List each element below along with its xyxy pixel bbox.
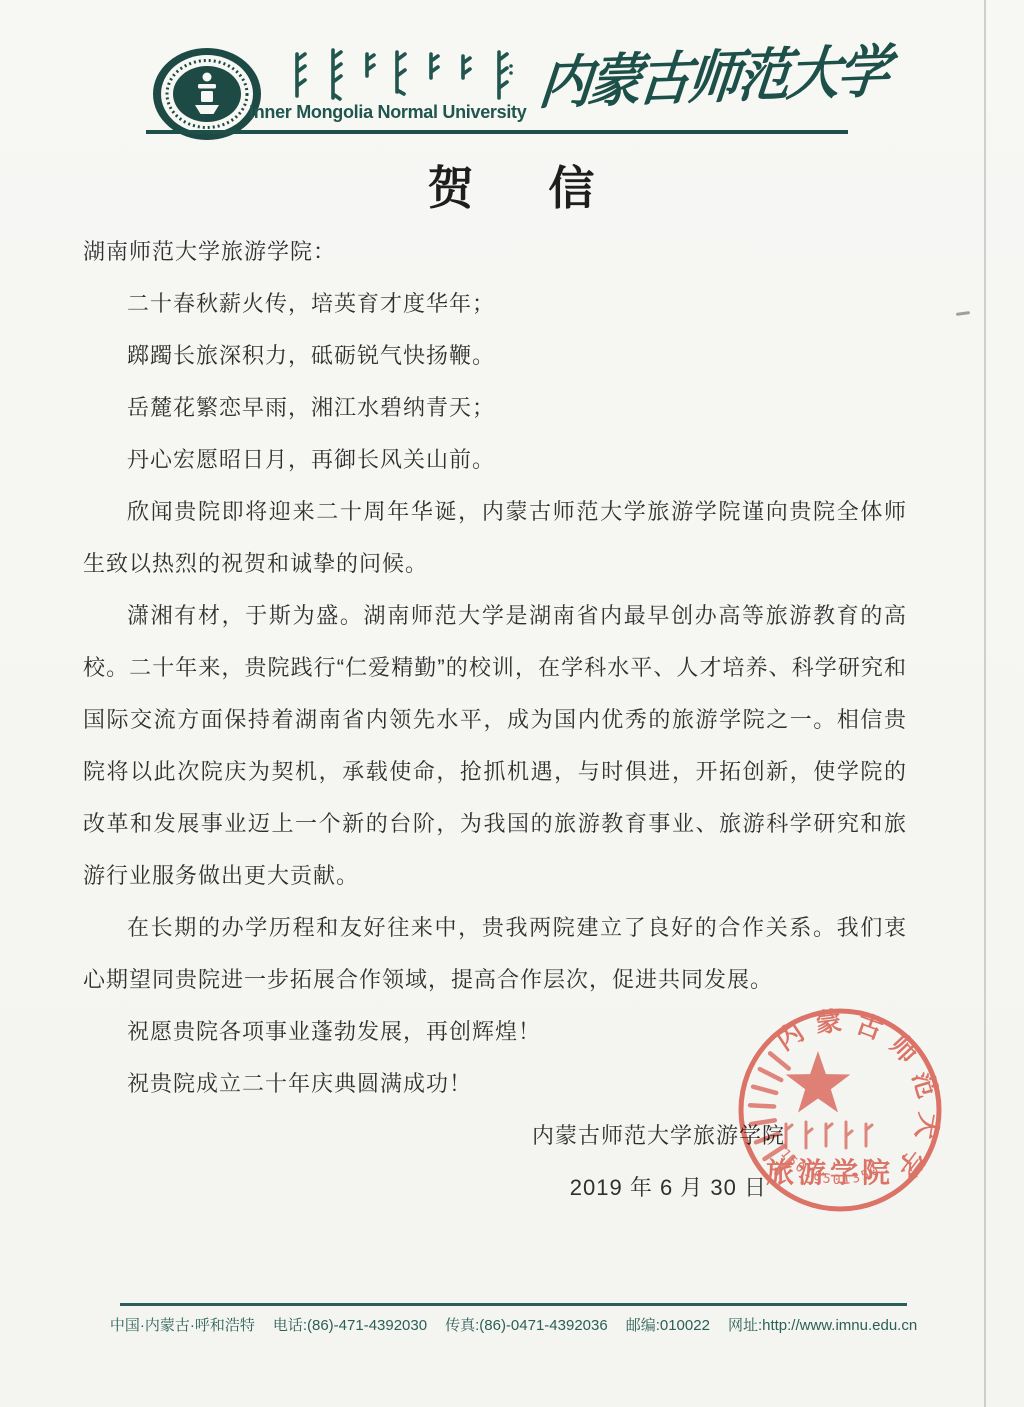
paragraph: 潇湘有材，于斯为盛。湖南师范大学是湖南省内最早创办高等旅游教育的高校。二十年来，… <box>83 590 907 902</box>
letter-body: 湖南师范大学旅游学院： 二十春秋薪火传，培英育才度华年； 踯躅长旅深积力，砥砺锐… <box>83 226 907 1214</box>
letterhead-divider <box>146 130 848 134</box>
signature: 内蒙古师范大学旅游学院 <box>83 1110 907 1162</box>
university-english-name: Inner Mongolia Normal University <box>249 102 549 123</box>
mongolian-script <box>283 46 523 104</box>
wish-line: 祝愿贵院各项事业蓬勃发展，再创辉煌！ <box>83 1006 907 1058</box>
university-calligraphy-name: 内蒙古师范大学 <box>536 28 839 121</box>
poem-line: 丹心宏愿昭日月，再御长风关山前。 <box>83 434 907 486</box>
footer-zipcode: 邮编:010022 <box>626 1314 710 1335</box>
footer-website: 网址:http://www.imnu.edu.cn <box>728 1314 917 1335</box>
footer-divider <box>120 1303 907 1306</box>
letter-title: 贺 信 <box>0 152 1024 218</box>
footer-fax: 传真:(86)-0471-4392036 <box>445 1314 608 1335</box>
paragraph: 在长期的办学历程和友好往来中，贵我两院建立了良好的合作关系。我们衷心期望同贵院进… <box>83 902 907 1006</box>
poem-line: 踯躅长旅深积力，砥砺锐气快扬鞭。 <box>83 330 907 382</box>
footer-location: 中国·内蒙古·呼和浩特 <box>110 1314 255 1335</box>
footer: 中国·内蒙古·呼和浩特 电话:(86)-471-4392030 传真:(86)-… <box>120 1314 907 1335</box>
salutation: 湖南师范大学旅游学院： <box>83 226 907 278</box>
university-logo-icon <box>150 46 264 142</box>
date: 2019 年 6 月 30 日 <box>83 1162 907 1214</box>
wish-line: 祝贵院成立二十年庆典圆满成功！ <box>83 1058 907 1110</box>
footer-phone: 电话:(86)-471-4392030 <box>273 1314 427 1335</box>
scan-edge-line <box>984 0 986 1407</box>
paragraph: 欣闻贵院即将迎来二十周年华诞，内蒙古师范大学旅游学院谨向贵院全体师生致以热烈的祝… <box>83 486 907 590</box>
scan-artifact <box>956 311 970 316</box>
letter-page: Inner Mongolia Normal University 内蒙古师范大学… <box>0 0 1024 1407</box>
poem-line: 岳麓花繁恋早雨，湘江水碧纳青天； <box>83 382 907 434</box>
poem-line: 二十春秋薪火传，培英育才度华年； <box>83 278 907 330</box>
